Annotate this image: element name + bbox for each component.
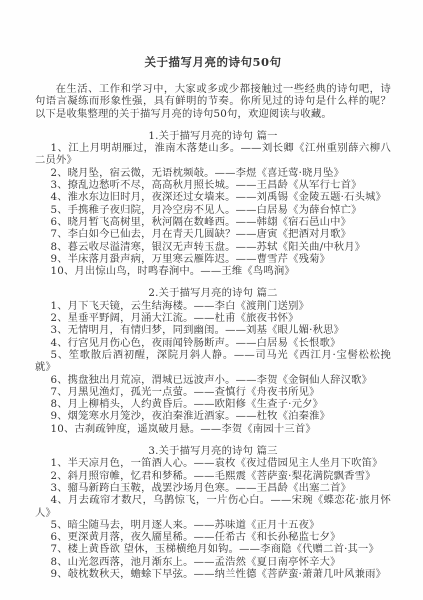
- poem-list: 1、月下飞天镜，云生结海楼。——李白《渡荆门送别》 2、星垂平野阔，月涌大江流。…: [35, 300, 391, 435]
- poem-section: 2.关于描写月亮的诗句 篇二 1、月下飞天镜，云生结海楼。——李白《渡荆门送别》…: [35, 287, 391, 435]
- poem-item: 2、星垂平野阔，月涌大江流。——杜甫《旅夜书怀》: [35, 312, 391, 324]
- poem-item: 4、月去疏帘才数尺，乌鹊惊飞，一片伤心白。——宋琬《蝶恋花·旅月怀人》: [35, 494, 391, 519]
- poem-section: 1.关于描写月亮的诗句 篇一 1、江上月明胡雁过，淮南木落楚山多。——刘长卿《江…: [35, 130, 391, 278]
- poem-item: 8、月上柳梢头，人约黄昏后。——欧阳修《生查子·元夕》: [35, 398, 391, 410]
- poem-item: 7、楼上黄昏欲 望休，玉梯横绝月如钩。——李商隐《代赠二首·其一》: [35, 543, 391, 555]
- page-title: 关于描写月亮的诗句50句: [35, 55, 391, 69]
- poem-item: 10、月出惊山鸟，时鸣春涧中。——王维《鸟鸣涧》: [35, 265, 391, 277]
- section-heading: 3.关于描写月亮的诗句 篇三: [35, 445, 391, 457]
- poem-item: 3、无情明月，有情归梦，同到幽闺。——刘基《眼儿媚·秋思》: [35, 324, 391, 336]
- poem-item: 5、手携稚子夜归院，月冷空房不见人。——白居易《为薛台悼亡》: [35, 204, 391, 216]
- poem-list: 1、半天凉月色，一笛酒人心。——袁枚《夜过借园见主人坐月下吹笛》 2、斜月照帘帷…: [35, 457, 391, 580]
- poem-item: 9、半床落月蛩声病，万里寒云雁阵迟。——曹雪芹《残菊》: [35, 253, 391, 265]
- poem-item: 1、半天凉月色，一笛酒人心。——袁枚《夜过借园见主人坐月下吹笛》: [35, 457, 391, 469]
- document-page: 关于描写月亮的诗句50句 在生活、工作和学习中，大家或多或少都接触过一些经典的诗…: [0, 0, 423, 600]
- poem-item: 3、撩乱边愁听不尽，高高秋月照长城。——王昌龄《从军行七首》: [35, 179, 391, 191]
- poem-item: 5、暗尘随马去，明月逐人来。——苏味道《正月十五夜》: [35, 519, 391, 531]
- poem-item: 10、古刹疏钟度，遥岚破月悬。——李贺《南园十三首》: [35, 423, 391, 435]
- sections-container: 1.关于描写月亮的诗句 篇一 1、江上月明胡雁过，淮南木落楚山多。——刘长卿《江…: [35, 130, 391, 580]
- poem-item: 3、骝马新跨白玉鞍，战罢沙场月色寒。——王昌龄《出塞二首》: [35, 482, 391, 494]
- poem-item: 1、江上月明胡雁过，淮南木落楚山多。——刘长卿《江州重别薛六柳八二员外》: [35, 142, 391, 167]
- poem-item: 4、淮水东边旧时月，夜深还过女墙来。——刘禹锡《金陵五题·石头城》: [35, 191, 391, 203]
- poem-section: 3.关于描写月亮的诗句 篇三 1、半天凉月色，一笛酒人心。——袁枚《夜过借园见主…: [35, 445, 391, 580]
- poem-item: 2、斜月照帘帷，忆君和梦稀。——毛熙震《菩萨蛮·梨花满院飘香雪》: [35, 470, 391, 482]
- poem-item: 9、敧枕数秋天，蟾蜍下早弦。——纳兰性德《菩萨蛮·萧萧几叶风兼雨》: [35, 568, 391, 580]
- poem-item: 8、暮云收尽溢清寒，银汉无声转玉盘。——苏轼《阳关曲/中秋月》: [35, 241, 391, 253]
- poem-item: 5、笙歌散后酒初醒，深院月斜人静。——司马光《西江月·宝髻松松挽就》: [35, 349, 391, 374]
- poem-item: 8、山光忽西落，池月渐东上。——孟浩然《夏日南亭怀辛大》: [35, 556, 391, 568]
- poem-item: 7、李白如今已仙去，月在青天几圆缺？——唐寅《把酒对月歌》: [35, 228, 391, 240]
- poem-item: 9、烟笼寒水月笼沙，夜泊秦淮近酒家。——杜牧《泊秦淮》: [35, 410, 391, 422]
- poem-item: 6、更深黄月落，夜久靥星稀。——任希古《和长孙秘监七夕》: [35, 531, 391, 543]
- section-heading: 1.关于描写月亮的诗句 篇一: [35, 130, 391, 142]
- poem-list: 1、江上月明胡雁过，淮南木落楚山多。——刘长卿《江州重别薛六柳八二员外》 2、晓…: [35, 142, 391, 277]
- poem-item: 7、月黑见渔灯，孤光一点萤。——查慎行《舟夜书所见》: [35, 386, 391, 398]
- section-heading: 2.关于描写月亮的诗句 篇二: [35, 287, 391, 299]
- poem-item: 2、晓月坠，宿云微，无语枕频敧。——李煜《喜迁莺·晓月坠》: [35, 167, 391, 179]
- poem-item: 1、月下飞天镜，云生结海楼。——李白《渡荆门送别》: [35, 300, 391, 312]
- poem-item: 6、携盘独出月荒凉，渭城已远波声小。——李贺《金铜仙人辞汉歌》: [35, 374, 391, 386]
- poem-item: 4、行宫见月伤心色，夜雨闻铃肠断声。——白居易《长恨歌》: [35, 337, 391, 349]
- intro-paragraph: 在生活、工作和学习中，大家或多或少都接触过一些经典的诗句吧，诗句语言凝练而形象性…: [35, 83, 391, 120]
- poem-item: 6、晓月暂飞高树里，秋河隔在数峰西。——韩翃《宿石邑山中》: [35, 216, 391, 228]
